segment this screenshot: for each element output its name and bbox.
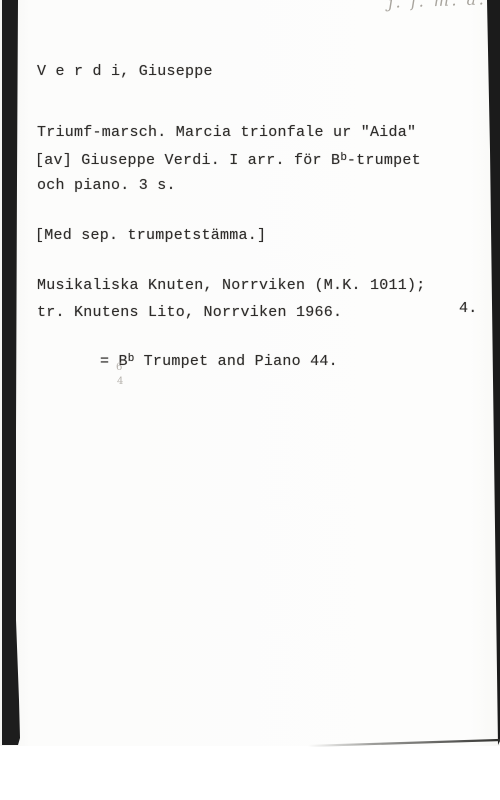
title-line-2: [av] Giuseppe Verdi. I arr. för Bb-trump… (35, 149, 421, 170)
series-post: Trumpet and Piano 44. (134, 353, 338, 370)
imprint-line-2: tr. Knutens Lito, Norrviken 1966. (37, 304, 342, 322)
scanned-catalog-card: j. f. m. a. V e r d i, Giuseppe Triumf-m… (0, 0, 500, 800)
pencil-mark-upper: 6 (116, 362, 122, 373)
title-line-2-post: -trumpet (347, 152, 421, 169)
series-statement: = Bb Trumpet and Piano 44. (100, 350, 338, 371)
card-number: 4. (459, 300, 478, 318)
series-pre: = B (100, 353, 128, 370)
pencil-mark-lower: 4 (117, 376, 123, 387)
title-line-1: Triumf-marsch. Marcia trionfale ur "Aida… (37, 124, 416, 142)
title-line-3: och piano. 3 s. (37, 177, 176, 195)
title-line-2-pre: [av] Giuseppe Verdi. I arr. för B (35, 152, 340, 169)
flat-superscript: b (340, 152, 347, 164)
imprint-line-1: Musikaliska Knuten, Norrviken (M.K. 1011… (37, 277, 426, 295)
card-paper (0, 0, 500, 746)
separate-part-note: [Med sep. trumpetstämma.] (35, 227, 266, 245)
author-heading: V e r d i, Giuseppe (37, 63, 213, 81)
